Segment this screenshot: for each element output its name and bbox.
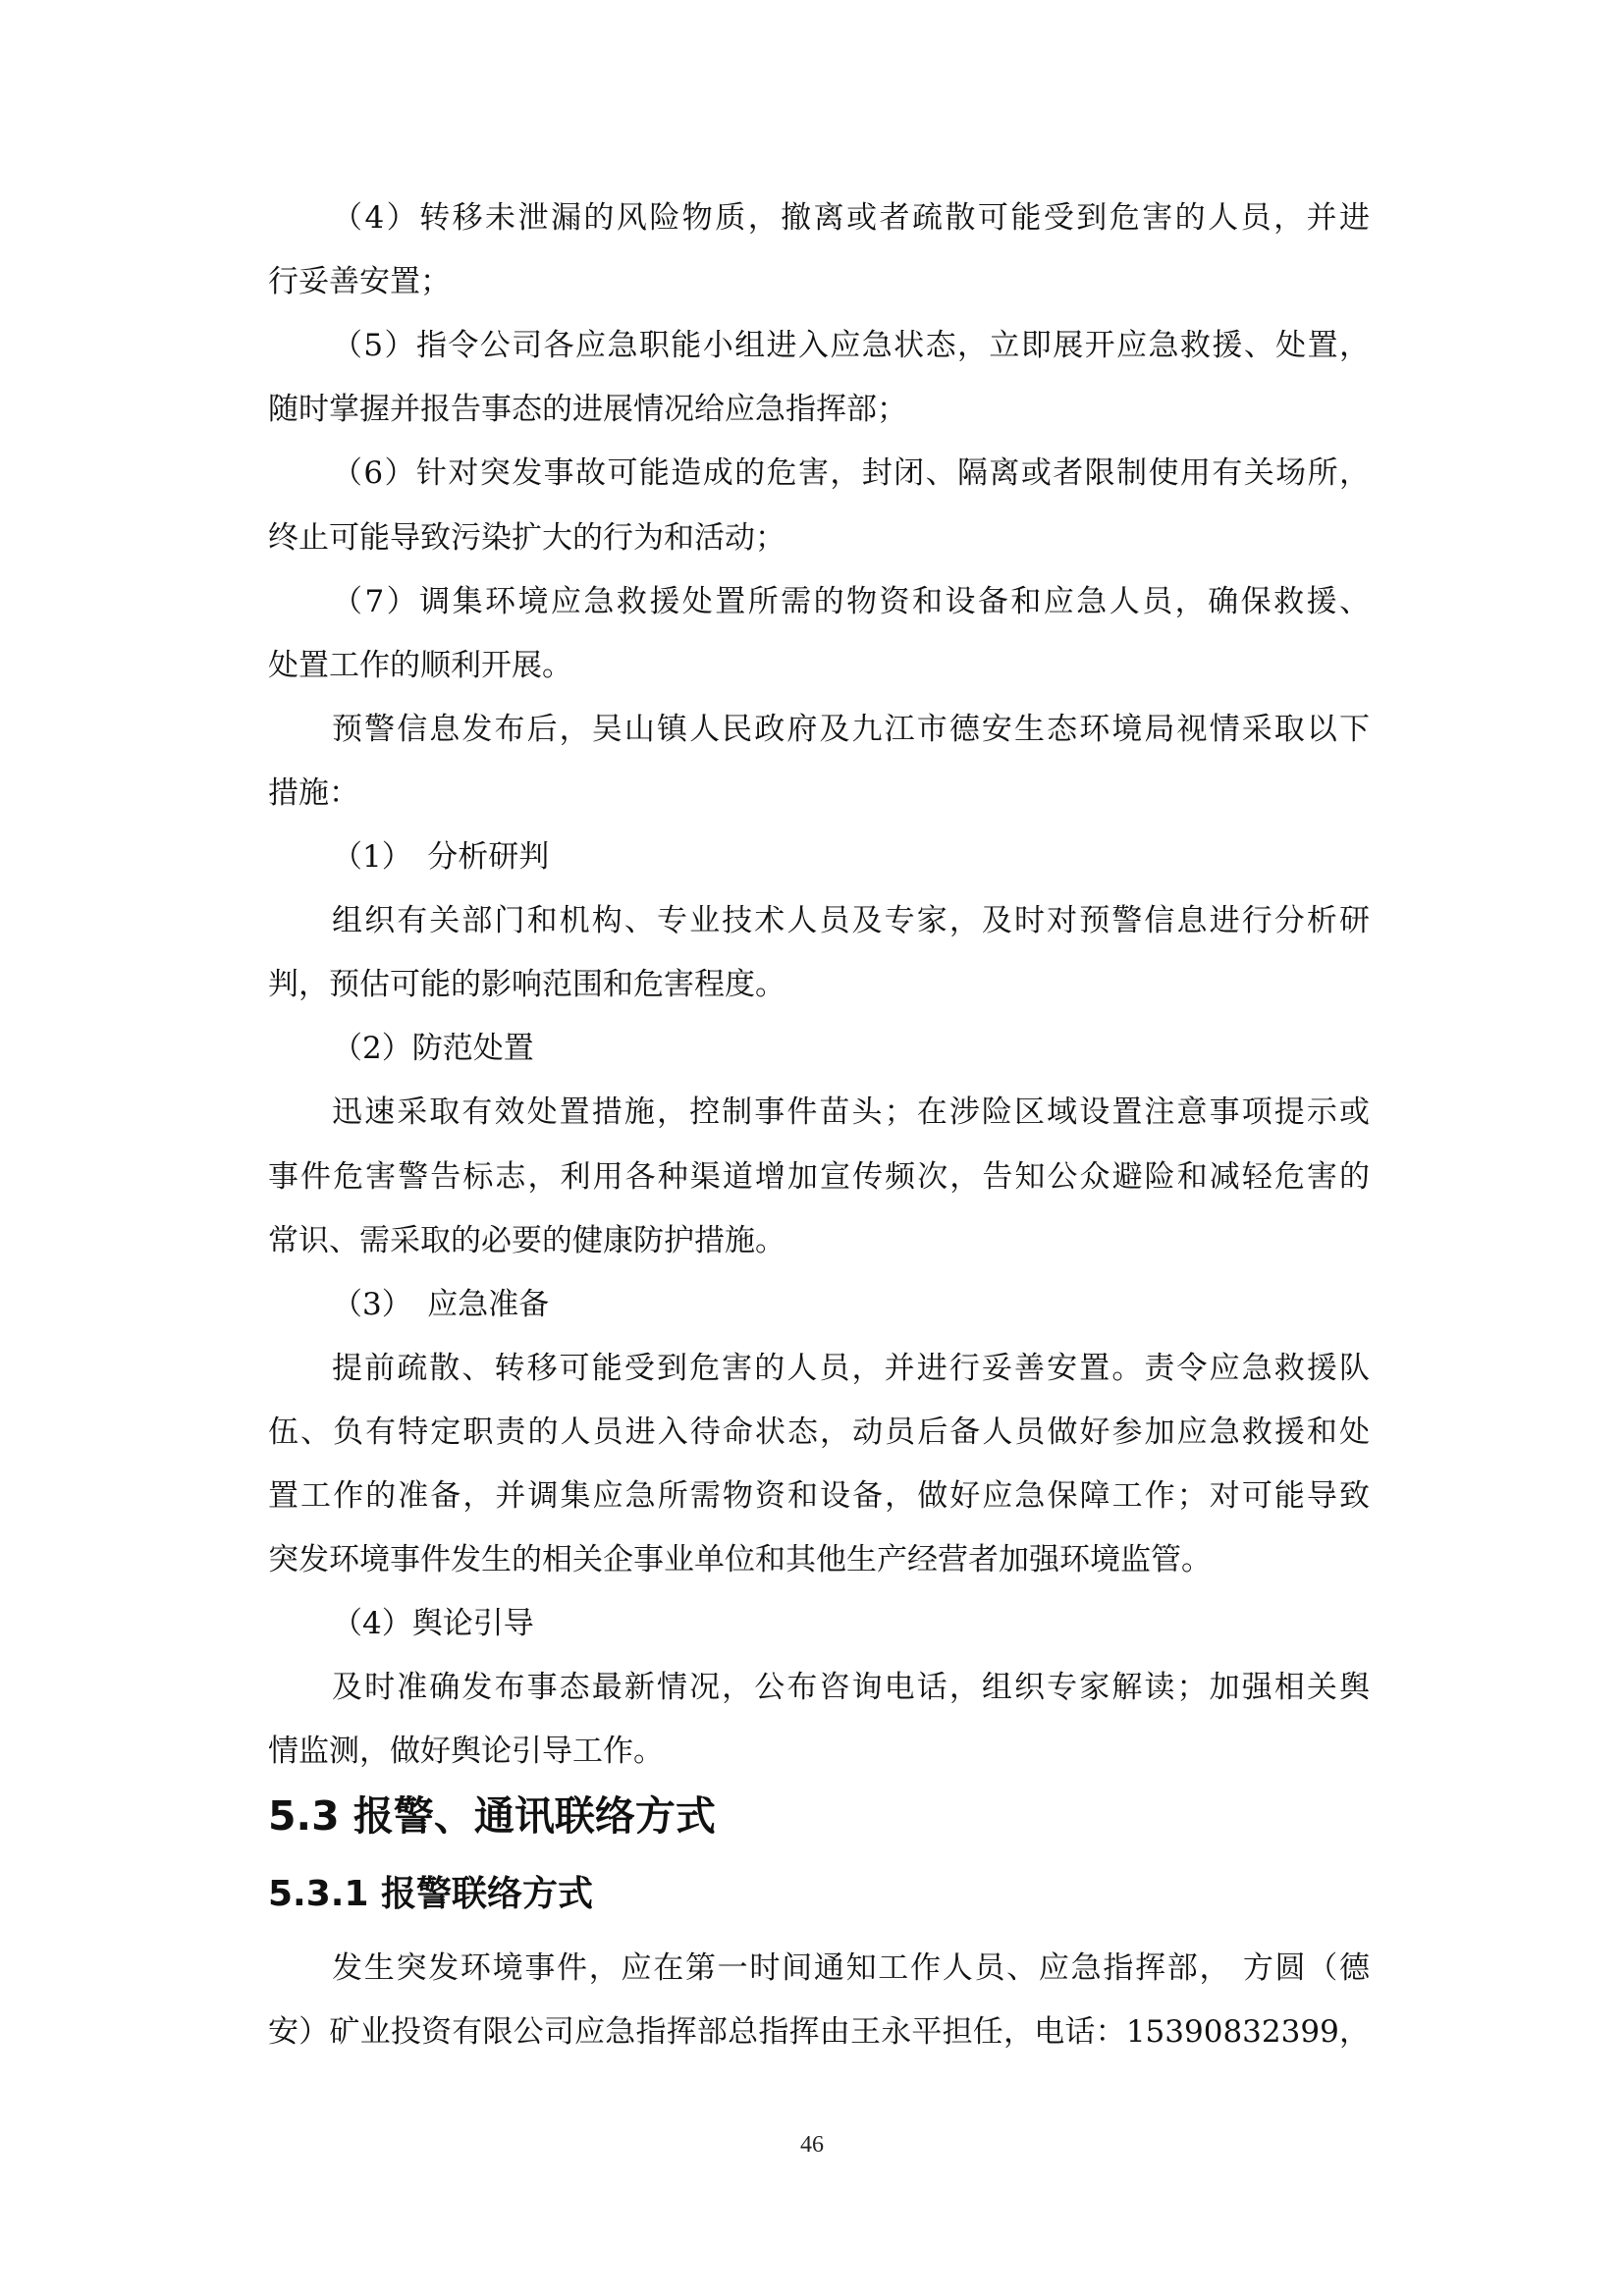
text-line: 随时掌握并报告事态的进展情况给应急指挥部； [268,388,1370,431]
text-line: 置工作的准备，并调集应急所需物资和设备，做好应急保障工作；对可能导致 [268,1474,1370,1518]
text-line: 伍、负有特定职责的人员进入待命状态，动员后备人员做好参加应急救援和处 [268,1411,1370,1454]
text-line: 处置工作的顺利开展。 [268,644,1370,687]
section-heading-5-3: 5.3 报警、通讯联络方式 [268,1790,716,1842]
text-line: 安）矿业投资有限公司应急指挥部总指挥由王永平担任，电话：15390832399， [268,2010,1370,2054]
text-line: （4）转移未泄漏的风险物质，撤离或者疏散可能受到危害的人员，并进 [332,196,1370,240]
text-line: 组织有关部门和机构、专业技术人员及专家，及时对预警信息进行分析研 [332,899,1370,942]
text-line: 措施： [268,772,1370,815]
text-line: 终止可能导致污染扩大的行为和活动； [268,516,1370,560]
subsection-heading-5-3-1: 5.3.1 报警联络方式 [268,1872,593,1917]
text-line: （3） 应急准备 [332,1283,549,1326]
text-line: （5）指令公司各应急职能小组进入应急状态，立即展开应急救援、处置， [332,324,1370,367]
text-line: （7）调集环境应急救援处置所需的物资和设备和应急人员，确保救援、 [332,580,1370,623]
text-line: 常识、需采取的必要的健康防护措施。 [268,1219,1370,1262]
page-number: 46 [763,2130,861,2160]
text-line: （1） 分析研判 [332,835,549,879]
text-line: 情监测，做好舆论引导工作。 [268,1730,1370,1773]
text-line: 迅速采取有效处置措施，控制事件苗头；在涉险区域设置注意事项提示或 [332,1091,1370,1134]
text-line: 突发环境事件发生的相关企事业单位和其他生产经营者加强环境监管。 [268,1538,1370,1581]
text-line: 行妥善安置； [268,260,1370,303]
text-line: 预警信息发布后，吴山镇人民政府及九江市德安生态环境局视情采取以下 [332,708,1370,751]
document-page: （4）转移未泄漏的风险物质，撤离或者疏散可能受到危害的人员，并进行妥善安置；（5… [0,0,1624,2296]
text-line: 事件危害警告标志，利用各种渠道增加宣传频次，告知公众避险和减轻危害的 [268,1155,1370,1199]
text-line: 及时准确发布事态最新情况，公布咨询电话，组织专家解读；加强相关舆 [332,1666,1370,1709]
text-line: （2）防范处置 [332,1027,534,1070]
text-line: 发生突发环境事件，应在第一时间通知工作人员、应急指挥部， 方圆（德 [332,1947,1370,1990]
text-line: 提前疏散、转移可能受到危害的人员，并进行妥善安置。责令应急救援队 [332,1347,1370,1390]
text-line: （6）针对突发事故可能造成的危害，封闭、隔离或者限制使用有关场所， [332,452,1370,495]
text-line: 判，预估可能的影响范围和危害程度。 [268,963,1370,1006]
text-line: （4）舆论引导 [332,1602,534,1645]
